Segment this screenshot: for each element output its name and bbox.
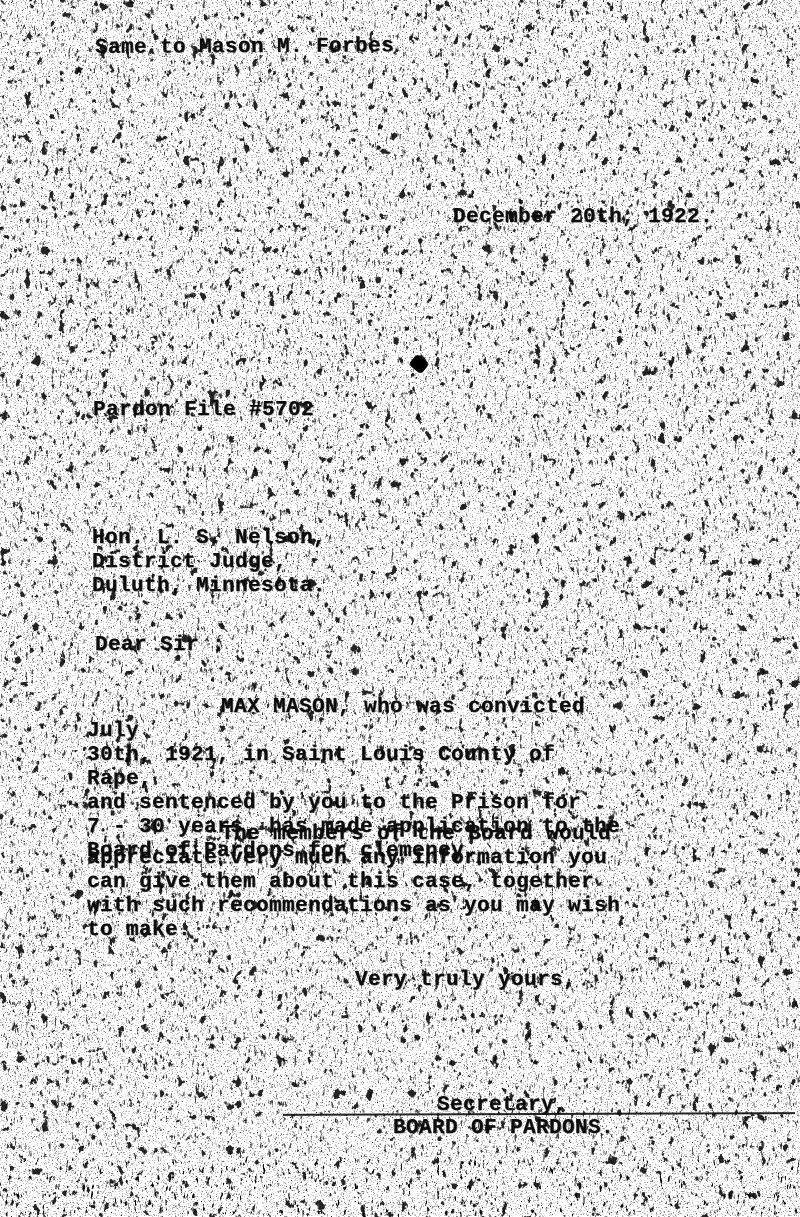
salutation: Dear Sir :: [95, 634, 225, 658]
closing-line: Very truly yours,: [355, 969, 576, 993]
recipient-address: Hon. L. S. Nelson, District Judge, Dulut…: [92, 527, 326, 599]
body-paragraph-2: The members of the Board would appreciat…: [87, 823, 632, 943]
signature-title: Secretary,: [437, 1094, 567, 1118]
ink-spot: [408, 353, 429, 374]
file-reference: Pardon File #5702: [93, 399, 314, 423]
annotation-note: Same to Mason M. Forbes: [95, 35, 394, 61]
date-line: December 20th, 1922.: [453, 206, 713, 230]
scan-noise-texture: [0, 0, 800, 1217]
signature-organization: BOARD OF PARDONS.: [393, 1117, 614, 1141]
scanned-letter-page: Same to Mason M. Forbes December 20th, 1…: [0, 0, 800, 1217]
